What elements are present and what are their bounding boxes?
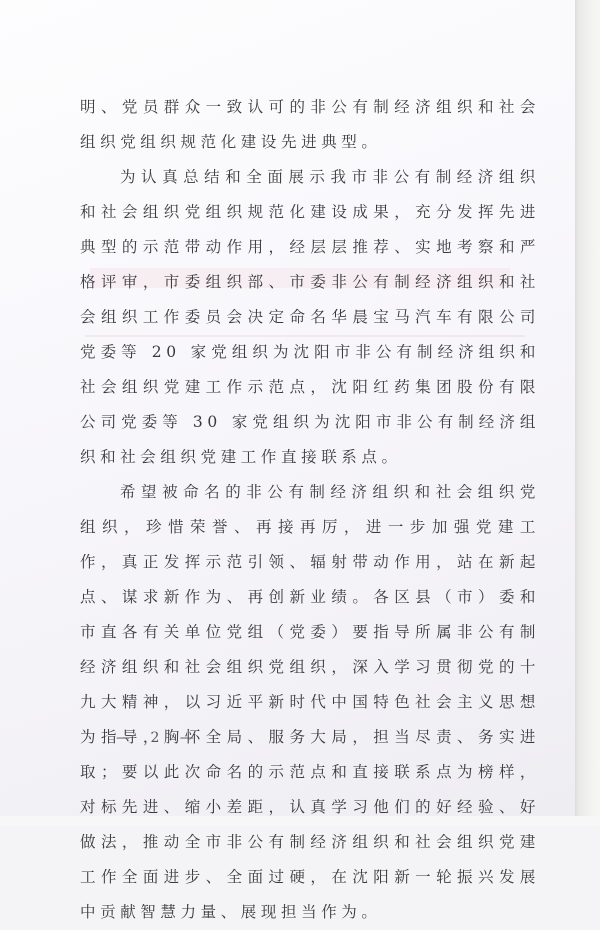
- scan-bottom-edge: [0, 816, 600, 826]
- document-body: 明、党员群众一致认可的非公有制经济组织和社会组织党组织规范化建设先进典型。 为认…: [80, 90, 540, 826]
- scan-edge-shadow: [575, 0, 600, 826]
- document-page: 明、党员群众一致认可的非公有制经济组织和社会组织党组织规范化建设先进典型。 为认…: [0, 0, 575, 818]
- paragraph-continuation: 明、党员群众一致认可的非公有制经济组织和社会组织党组织规范化建设先进典型。: [80, 90, 540, 160]
- paragraph-expectations: 希望被命名的非公有制经济组织和社会组织党组织，珍惜荣誉、再接再厉，进一步加强党建…: [80, 475, 540, 826]
- page-number: — 2 —: [116, 730, 202, 746]
- paragraph-naming-decision: 为认真总结和全面展示我市非公有制经济组织和社会组织党组织规范化建设成果，充分发挥…: [80, 160, 540, 475]
